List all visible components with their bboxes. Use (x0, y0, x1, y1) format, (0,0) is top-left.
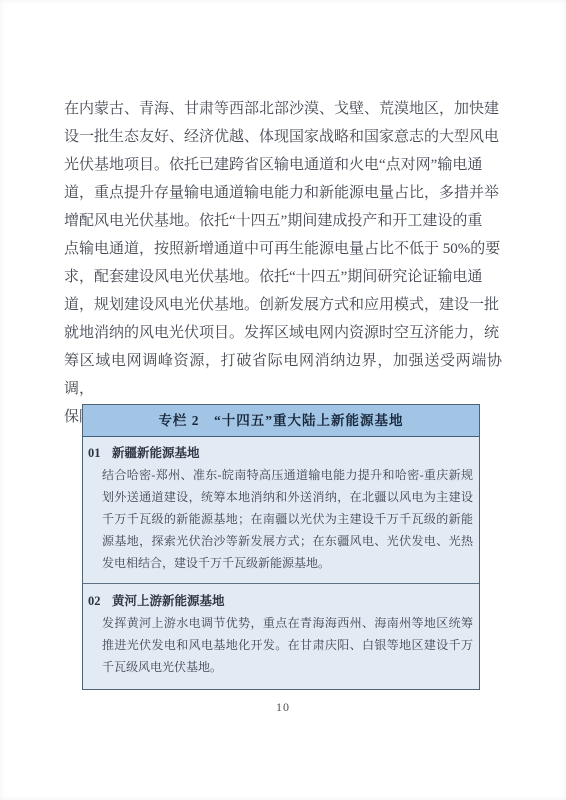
box-section-01: 01 新疆新能源基地 结合哈密-郑州、准东-皖南特高压通道输电能力提升和哈密-重… (88, 444, 475, 574)
feature-box: 专栏 2 “十四五”重大陆上新能源基地 01 新疆新能源基地 结合哈密-郑州、准… (82, 404, 480, 690)
section-title: 黄河上游新能源基地 (112, 592, 225, 610)
section-number: 01 (88, 444, 104, 462)
section-text: 发挥黄河上游水电调节优势，重点在青海海西州、海南州等地区统筹推进光伏发电和风电基… (102, 612, 473, 678)
section-title: 新疆新能源基地 (112, 444, 200, 462)
box-section-02: 02 黄河上游新能源基地 发挥黄河上游水电调节优势，重点在青海海西州、海南州等地… (88, 592, 475, 678)
feature-box-body: 01 新疆新能源基地 结合哈密-郑州、准东-皖南特高压通道输电能力提升和哈密-重… (83, 437, 479, 689)
section-number: 02 (88, 592, 104, 610)
document-page: 在内蒙古、青海、甘肃等西部北部沙漠、戈壁、荒漠地区，加快建 设一批生态友好、经济… (0, 0, 566, 800)
section-heading: 01 新疆新能源基地 (88, 444, 475, 462)
section-text: 结合哈密-郑州、准东-皖南特高压通道输电能力提升和哈密-重庆新规划外送通道建设，… (102, 464, 473, 574)
section-heading: 02 黄河上游新能源基地 (88, 592, 475, 610)
feature-box-title: 专栏 2 “十四五”重大陆上新能源基地 (158, 413, 403, 428)
body-paragraph: 在内蒙古、青海、甘肃等西部北部沙漠、戈壁、荒漠地区，加快建 设一批生态友好、经济… (64, 95, 502, 431)
section-divider (83, 583, 479, 584)
feature-box-header: 专栏 2 “十四五”重大陆上新能源基地 (83, 405, 479, 437)
page-number: 10 (0, 700, 566, 715)
